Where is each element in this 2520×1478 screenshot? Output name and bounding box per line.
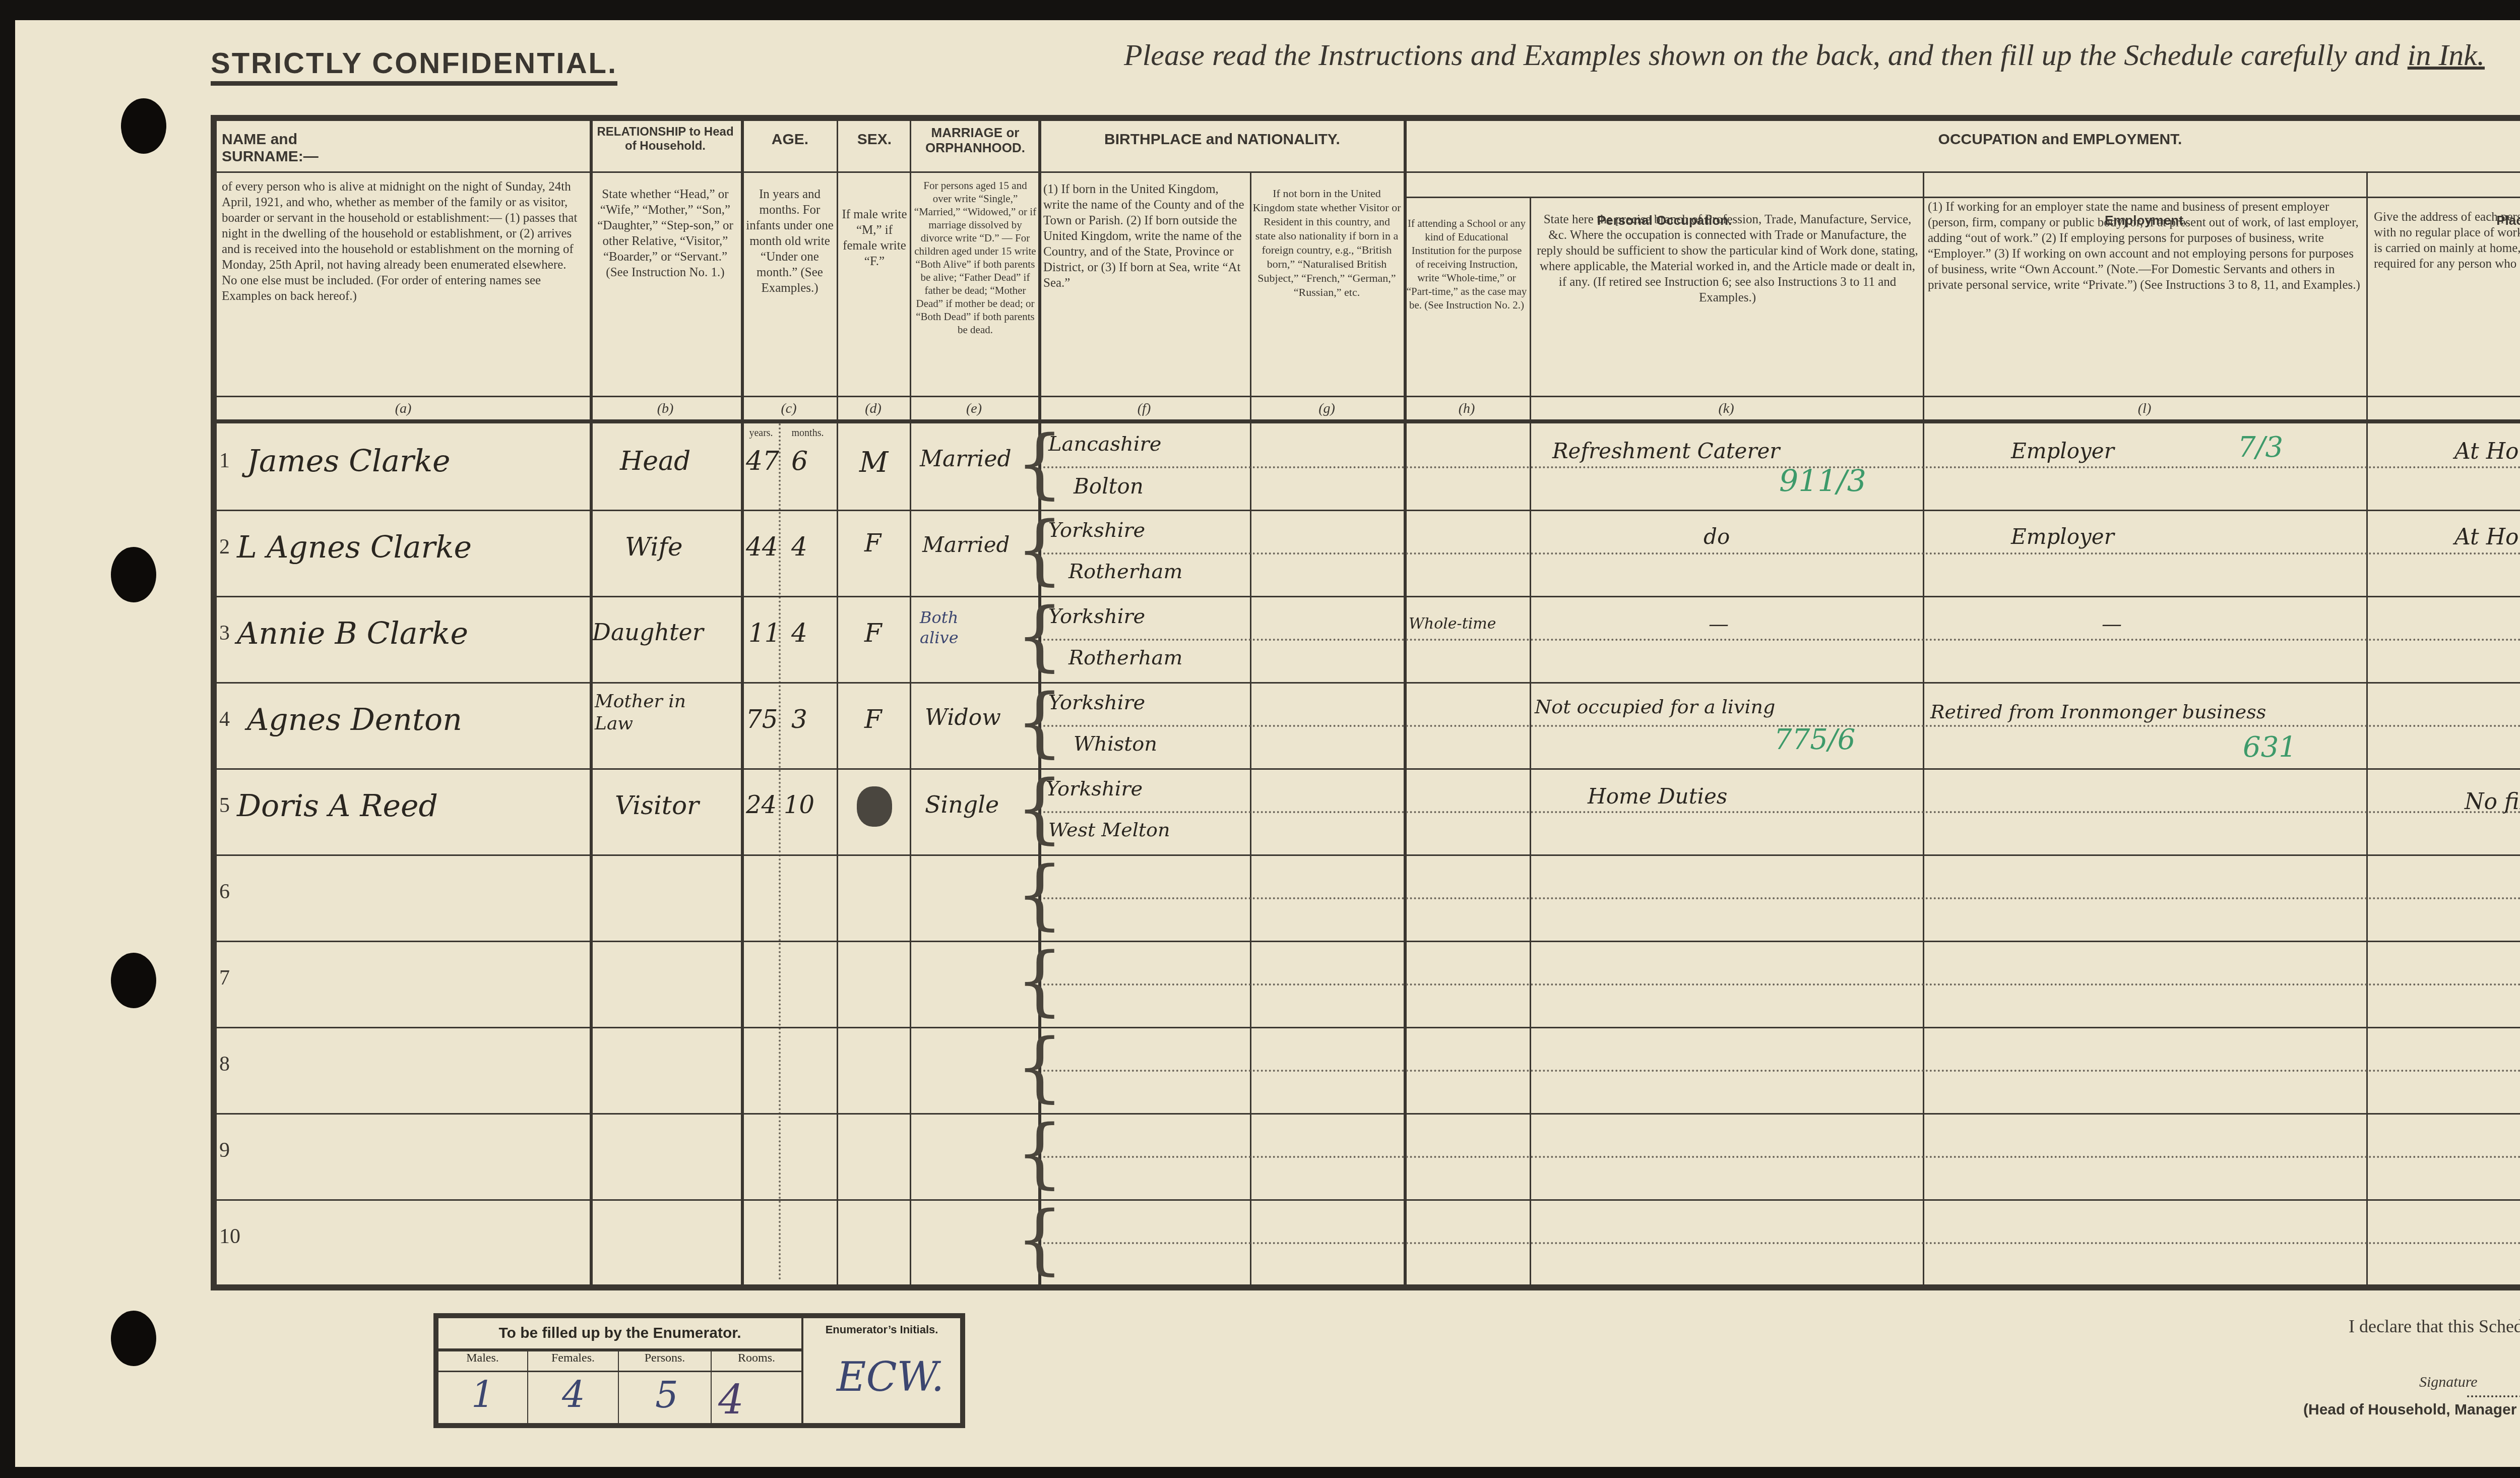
persons-label: Persons. xyxy=(619,1351,711,1365)
age-years[interactable]: 47 xyxy=(746,446,779,476)
personal-occupation[interactable]: Refreshment Caterer xyxy=(1552,439,1780,463)
birth-county[interactable]: Yorkshire xyxy=(1046,777,1143,800)
row-number: 1 xyxy=(219,449,230,473)
row-rule xyxy=(217,682,2520,684)
row-rule xyxy=(217,941,2520,942)
rooms-label: Rooms. xyxy=(712,1351,801,1365)
row-number: 3 xyxy=(219,621,230,645)
header-rule xyxy=(1404,197,2520,198)
birth-town[interactable]: Rotherham xyxy=(1068,646,1182,669)
col-c-instructions: In years and months. For infants under o… xyxy=(745,187,835,296)
employment[interactable]: Employer xyxy=(2011,439,2114,463)
punch-hole xyxy=(121,98,166,154)
row-rule xyxy=(217,1027,2520,1028)
col-k-instructions: State here the precise branch of Profess… xyxy=(1535,212,1920,305)
sex[interactable]: F xyxy=(864,705,882,734)
age-months[interactable]: 3 xyxy=(791,705,807,734)
sex[interactable]: F xyxy=(864,619,882,648)
col-e-title: MARRIAGE or ORPHANHOOD. xyxy=(912,125,1038,155)
relationship[interactable]: Visitor xyxy=(615,791,699,820)
declaration-text: I declare that this Schedule is correctl… xyxy=(2349,1316,2520,1337)
col-g-instructions: If not born in the United Kingdom state … xyxy=(1252,187,1401,299)
employment-code: 631 xyxy=(2243,731,2297,764)
header-bottom-rule xyxy=(217,419,2520,423)
person-name[interactable]: Annie B Clarke xyxy=(237,616,468,651)
relationship[interactable]: Daughter xyxy=(592,619,704,646)
signature-note: (Head of Household, Manager of Establish… xyxy=(2303,1401,2520,1419)
age-years[interactable]: 44 xyxy=(746,532,778,562)
place-of-work[interactable]: No fixed place xyxy=(2465,789,2520,815)
col-letter-b: (b) xyxy=(590,401,741,417)
brace: { xyxy=(1016,1029,1063,1105)
divider xyxy=(438,1371,801,1372)
age-months[interactable]: 10 xyxy=(784,791,814,819)
col-letter-h: (h) xyxy=(1404,401,1530,417)
persons-count[interactable]: 5 xyxy=(655,1374,678,1416)
enumerator-initials-label: Enumerator’s Initials. xyxy=(803,1323,960,1336)
row-rule xyxy=(217,854,2520,856)
confidential-label: STRICTLY CONFIDENTIAL. xyxy=(211,46,617,86)
enumerator-counts-title: To be filled up by the Enumerator. xyxy=(438,1318,801,1351)
signature-label: Signature xyxy=(2419,1374,2478,1391)
row-number: 7 xyxy=(219,966,230,990)
birth-town[interactable]: Rotherham xyxy=(1068,560,1182,583)
divider xyxy=(618,1348,619,1423)
signature-line xyxy=(2467,1395,2520,1397)
person-name[interactable]: Agnes Denton xyxy=(247,702,462,737)
in-ink-text: in Ink. xyxy=(2408,38,2485,72)
age-years[interactable]: 75 xyxy=(746,705,778,734)
col-divider xyxy=(1530,197,1531,1284)
age-months[interactable]: 6 xyxy=(791,446,808,476)
rooms-count[interactable]: 4 xyxy=(718,1376,744,1423)
col-c-title: AGE. xyxy=(743,131,837,148)
personal-occupation[interactable]: do xyxy=(1704,524,1730,549)
marriage-status[interactable]: Both alive xyxy=(920,607,975,648)
marriage-status[interactable]: Single xyxy=(925,791,999,818)
divider xyxy=(527,1348,528,1423)
col-divider xyxy=(741,121,744,1284)
brace: { xyxy=(1016,1116,1063,1191)
col-divider xyxy=(590,121,593,1284)
divider xyxy=(711,1348,712,1423)
birth-county[interactable]: Lancashire xyxy=(1048,433,1161,456)
col-a-title: NAME and SURNAME:— xyxy=(222,131,373,165)
instruction-banner: Please read the Instructions and Example… xyxy=(1124,38,2485,73)
brace: { xyxy=(1016,857,1063,933)
relationship[interactable]: Mother in Law xyxy=(595,691,716,735)
row-midline xyxy=(1043,639,2520,641)
col-l-instructions: (1) If working for an employer state the… xyxy=(1928,199,2361,293)
col-divider xyxy=(1923,171,1924,1284)
sex[interactable]: F xyxy=(864,529,881,558)
col-divider xyxy=(2366,171,2368,1284)
row-midline xyxy=(1043,1070,2520,1072)
row-number: 6 xyxy=(219,880,230,904)
place-of-work[interactable]: At Home xyxy=(2454,439,2520,464)
punch-hole xyxy=(111,953,156,1008)
row-number: 4 xyxy=(219,707,230,731)
row-rule xyxy=(217,596,2520,597)
age-years-subhead: years. xyxy=(743,427,779,439)
col-a-instructions: of every person who is alive at midnight… xyxy=(222,179,585,304)
col-m-instructions: Give the address of each person’s place … xyxy=(2374,209,2520,272)
personal-occupation[interactable]: — xyxy=(1709,612,1729,636)
row-rule xyxy=(217,768,2520,770)
col-b-instructions: State whether “Head,” or “Wife,” “Mother… xyxy=(595,187,736,280)
males-count[interactable]: 1 xyxy=(471,1374,494,1416)
col-letter-m: (m) xyxy=(2366,401,2520,417)
person-name[interactable]: Doris A Reed xyxy=(237,788,438,824)
personal-occupation[interactable]: Not occupied for a living xyxy=(1535,696,1775,718)
punch-hole xyxy=(111,1311,156,1366)
col-divider xyxy=(837,121,838,1284)
col-letter-d: (d) xyxy=(837,401,910,417)
females-label: Females. xyxy=(528,1351,618,1365)
household-schedule-table: NAME and SURNAME:— RELATIONSHIP to Head … xyxy=(211,115,2520,1290)
col-letter-c: (c) xyxy=(741,401,837,417)
occupation-code: 911/3 xyxy=(1779,464,1866,499)
age-split xyxy=(779,423,781,1280)
birth-county[interactable]: Yorkshire xyxy=(1048,605,1145,628)
row-midline xyxy=(1043,1156,2520,1158)
row-number: 10 xyxy=(219,1224,240,1249)
age-months[interactable]: 4 xyxy=(791,532,807,562)
age-years[interactable]: 11 xyxy=(748,619,781,648)
ink-blot xyxy=(857,786,892,827)
row-rule xyxy=(217,1113,2520,1115)
employment[interactable]: Employer xyxy=(2011,524,2114,549)
row-number: 9 xyxy=(219,1138,230,1162)
col-divider xyxy=(1250,171,1251,1284)
header-rule xyxy=(217,171,2520,173)
col-b-title: RELATIONSHIP to Head of Household. xyxy=(592,125,738,153)
enumerator-counts-box: To be filled up by the Enumerator. Enume… xyxy=(433,1313,965,1428)
education-status[interactable]: Whole-time xyxy=(1409,615,1496,633)
col-f-instructions: (1) If born in the United Kingdom, write… xyxy=(1043,181,1247,291)
age-months[interactable]: 4 xyxy=(791,619,807,648)
place-of-work[interactable]: At Home xyxy=(2454,524,2520,550)
header-rule xyxy=(217,396,2520,397)
instruction-banner-text: Please read the Instructions and Example… xyxy=(1124,38,2408,72)
col-d-instructions: If male write “M,” if female write “F.” xyxy=(842,207,907,269)
birth-town[interactable]: Whiston xyxy=(1074,732,1157,756)
birthplace-group-title: BIRTHPLACE and NATIONALITY. xyxy=(1041,131,1404,148)
person-name[interactable]: L Agnes Clarke xyxy=(237,530,472,565)
marriage-status[interactable]: Widow xyxy=(925,705,1001,730)
row-midline xyxy=(1043,552,2520,555)
punch-hole xyxy=(111,547,156,602)
occupation-code: 775/6 xyxy=(1774,723,1855,756)
row-number: 2 xyxy=(219,535,230,559)
col-letter-a: (a) xyxy=(217,401,590,417)
row-midline xyxy=(1043,983,2520,986)
col-d-title: SEX. xyxy=(839,131,910,148)
employment-code: 7/3 xyxy=(2238,431,2283,464)
brace: { xyxy=(1016,943,1063,1019)
marriage-status[interactable]: Married xyxy=(922,532,1010,557)
row-midline xyxy=(1043,811,2520,813)
row-midline xyxy=(1043,1242,2520,1244)
birth-town[interactable]: West Melton xyxy=(1048,819,1170,841)
col-h-instructions: If attending a School or any kind of Edu… xyxy=(1406,217,1527,312)
birth-county[interactable]: Yorkshire xyxy=(1048,519,1145,542)
row-midline xyxy=(1043,897,2520,899)
personal-occupation[interactable]: Home Duties xyxy=(1588,784,1727,809)
sex[interactable]: M xyxy=(859,446,888,479)
employment[interactable]: Retired from Ironmonger business xyxy=(1930,701,2266,723)
col-letter-k: (k) xyxy=(1530,401,1923,417)
row-rule xyxy=(217,510,2520,511)
birth-town[interactable]: Bolton xyxy=(1074,474,1144,499)
row-number: 5 xyxy=(219,793,230,818)
col-letter-g: (g) xyxy=(1250,401,1404,417)
row-number: 8 xyxy=(219,1052,230,1076)
enumerator-initials[interactable]: ECW. xyxy=(837,1353,944,1400)
row-rule xyxy=(217,1199,2520,1201)
relationship[interactable]: Wife xyxy=(625,532,683,562)
occupation-group-title: OCCUPATION and EMPLOYMENT. xyxy=(1406,131,2520,148)
females-count[interactable]: 4 xyxy=(562,1374,585,1416)
col-divider xyxy=(910,121,911,1284)
brace: { xyxy=(1016,1202,1063,1277)
relationship[interactable]: Head xyxy=(620,446,690,476)
col-letter-e: (e) xyxy=(910,401,1038,417)
marriage-status[interactable]: Married xyxy=(920,446,1012,472)
col-letter-f: (f) xyxy=(1038,401,1250,417)
birth-county[interactable]: Yorkshire xyxy=(1048,691,1145,714)
col-e-instructions: For persons aged 15 and over write “Sing… xyxy=(914,179,1037,336)
person-name[interactable]: James Clarke xyxy=(247,444,451,479)
males-label: Males. xyxy=(438,1351,527,1365)
col-letter-l: (l) xyxy=(1923,401,2366,417)
employment[interactable]: — xyxy=(2102,612,2122,636)
age-months-subhead: months. xyxy=(781,427,834,439)
age-years[interactable]: 24 xyxy=(746,791,777,819)
